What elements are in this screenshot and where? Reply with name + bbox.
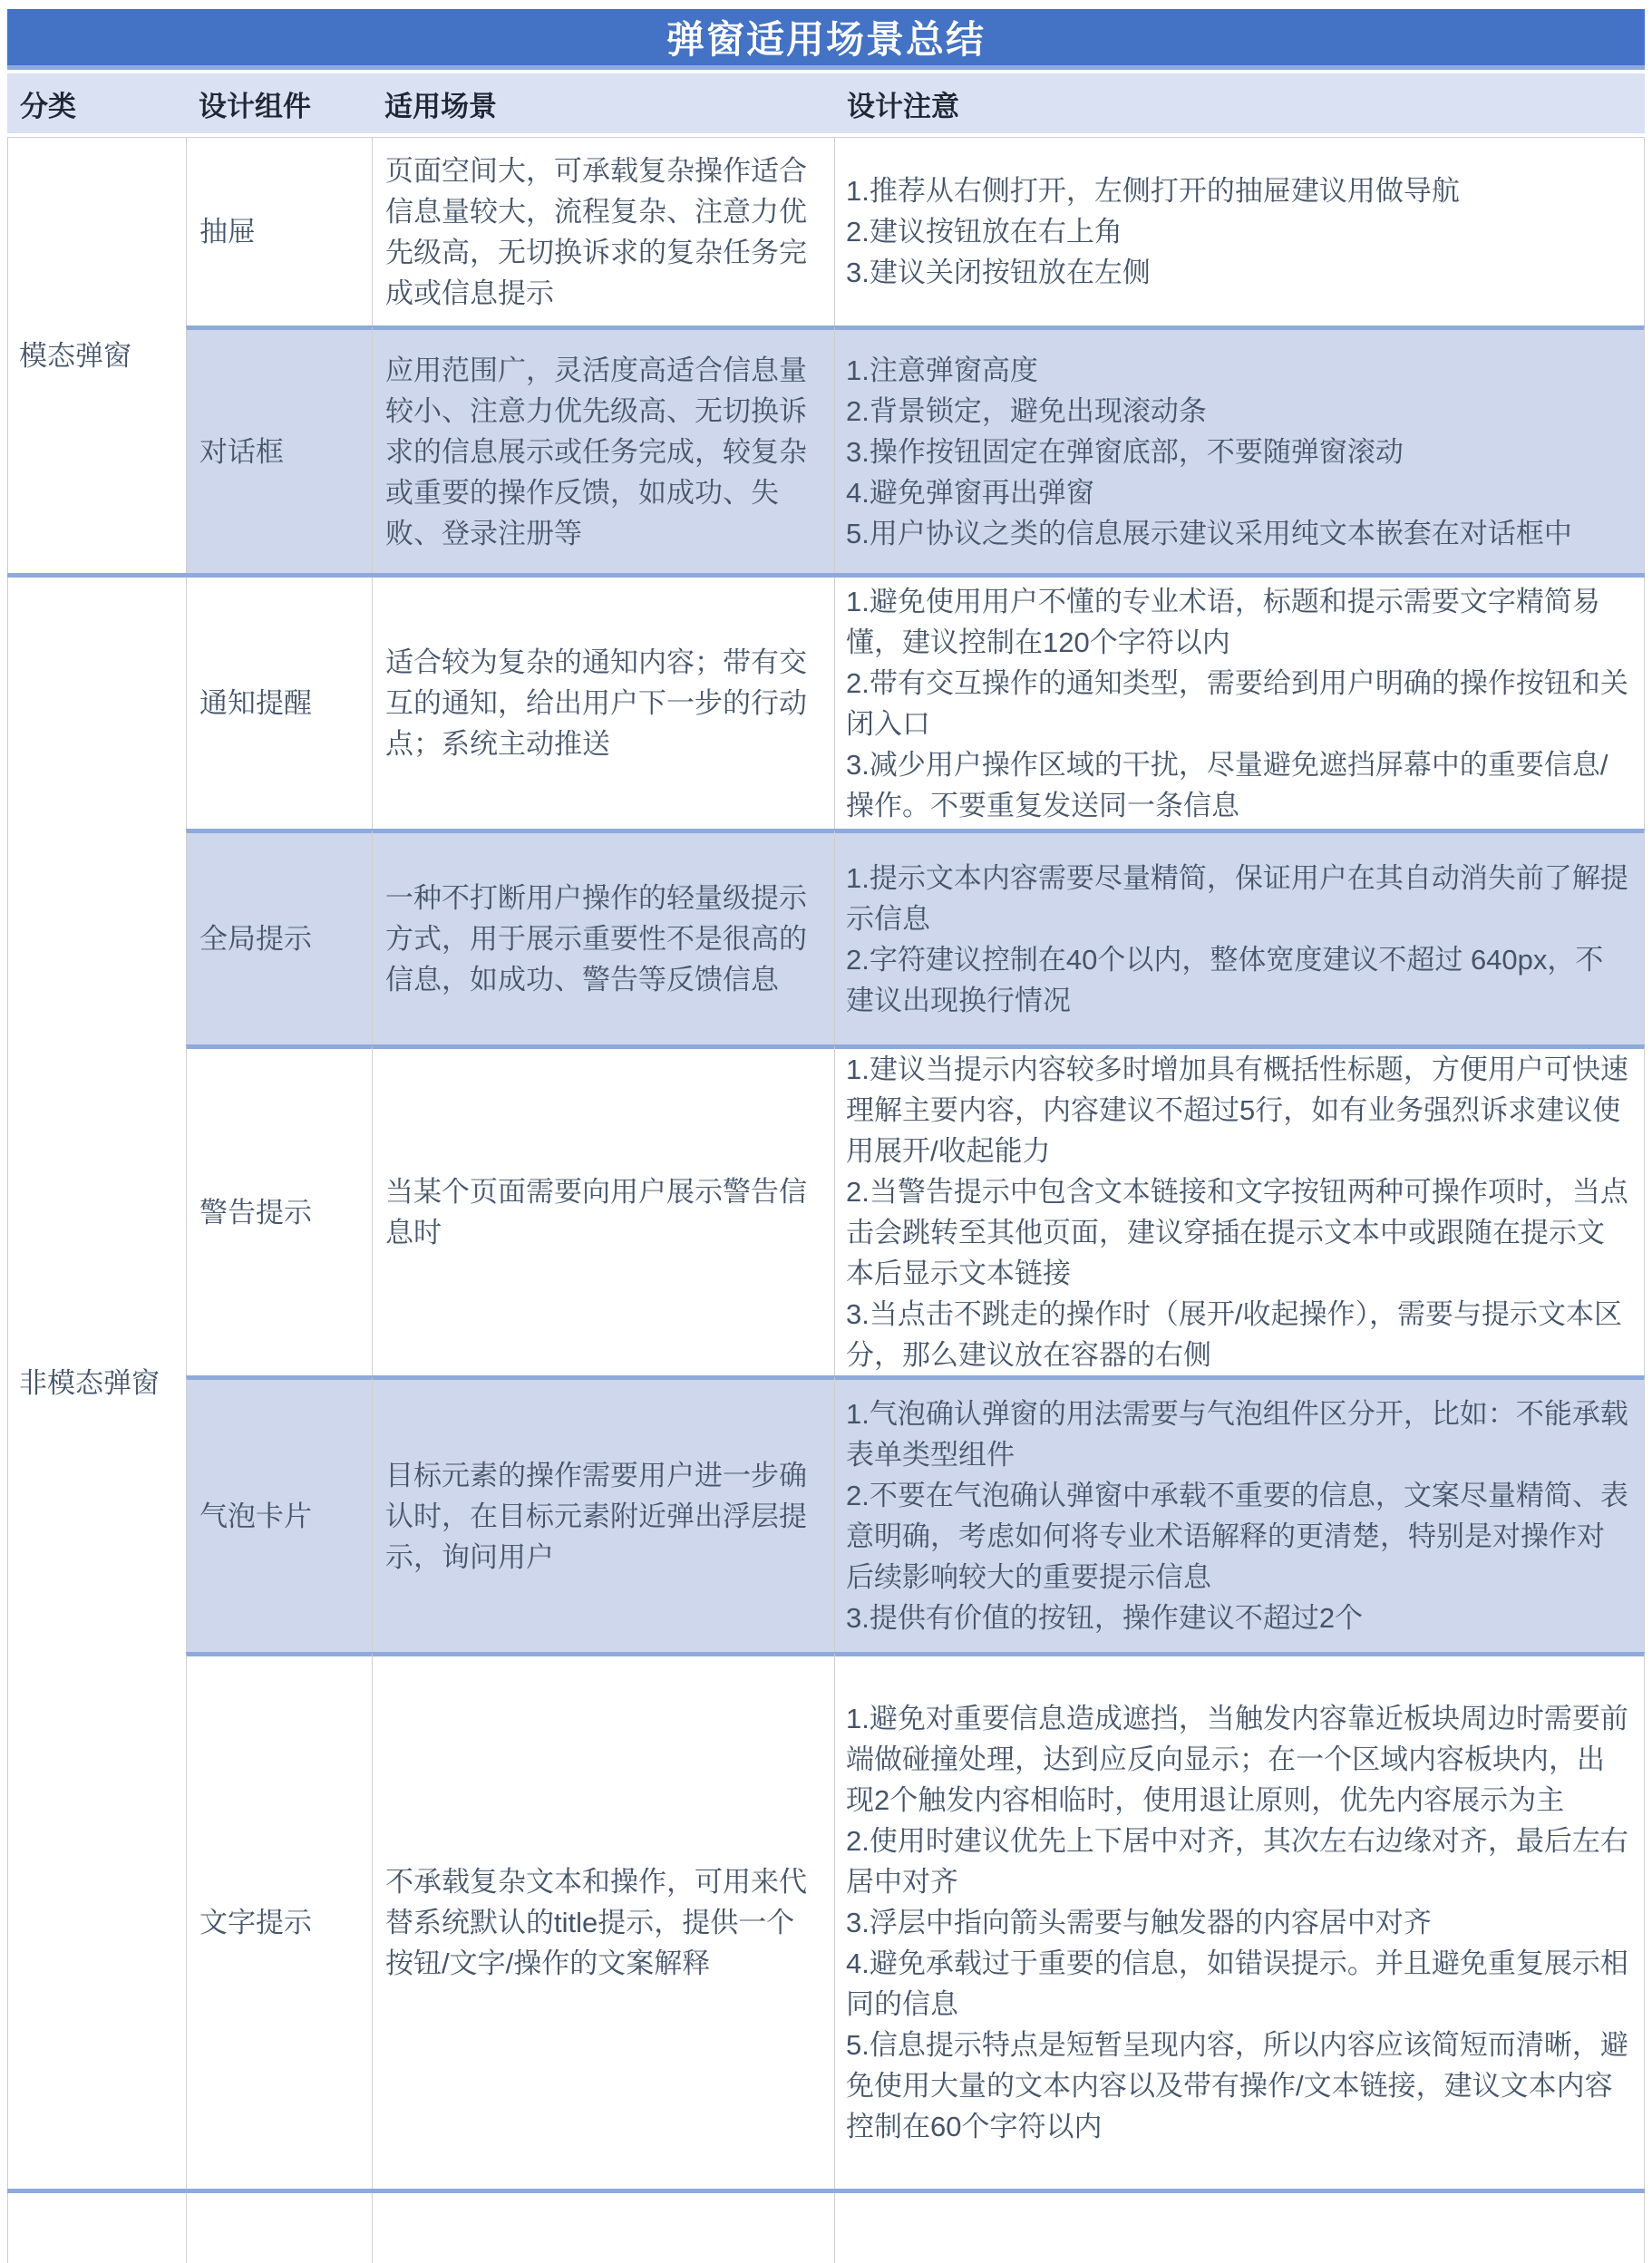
notes-cell-dialog: 1.注意弹窗高度 2.背景锁定，避免出现滚动条 3.操作按钮固定在弹窗底部，不要… [834,325,1645,573]
column-header-row: 分类 设计组件 适用场景 设计注意 [7,73,1645,133]
group-nonmodal: 非模态弹窗 通知提醒 适合较为复杂的通知内容；带有交互的通知，给出用户下一步的行… [7,573,1645,2189]
column-header-component: 设计组件 [186,83,372,124]
table-title-bar: 弹窗适用场景总结 [7,9,1645,65]
scenario-cell-alert: 当某个页面需要向用户展示警告信息时 [372,1044,834,1375]
title-underline [7,65,1645,70]
component-cell-alert: 警告提示 [186,1044,372,1375]
notes-cell-global-message: 1.提示文本内容需要尽量精简，保证用户在其自动消失前了解提示信息 2.字符建议控… [834,829,1645,1044]
page-title: 弹窗适用场景总结 [666,10,986,64]
scenario-cell-tooltip: 不承载复杂文本和操作，可用来代替系统默认的title提示，提供一个按钮/文字/操… [372,1652,834,2189]
component-cell-popconfirm: 气泡卡片 [186,1375,372,1652]
scenario-cell-notification: 适合较为复杂的通知内容；带有交互的通知，给出用户下一步的行动点；系统主动推送 [372,578,834,829]
component-cell-notification: 通知提醒 [186,578,372,829]
component-cell-global-message: 全局提示 [186,829,372,1044]
cutoff-cell-component [186,2193,372,2263]
scenario-cell-global-message: 一种不打断用户操作的轻量级提示方式，用于展示重要性不是很高的信息，如成功、警告等… [372,829,834,1044]
scenario-cell-drawer: 页面空间大，可承载复杂操作适合信息量较大，流程复杂、注意力优先级高，无切换诉求的… [372,138,834,325]
column-header-notes: 设计注意 [834,83,1645,124]
scenario-cell-dialog: 应用范围广，灵活度高适合信息量较小、注意力优先级高、无切换诉求的信息展示或任务完… [372,325,834,573]
component-cell-dialog: 对话框 [186,325,372,573]
column-header-category: 分类 [7,83,186,124]
scenario-cell-popconfirm: 目标元素的操作需要用户进一步确认时，在目标元素附近弹出浮层提示，询问用户 [372,1375,834,1652]
column-header-scenario: 适用场景 [372,83,834,124]
category-cell-modal: 模态弹窗 [7,138,186,573]
notes-cell-drawer: 1.推荐从右侧打开，左侧打开的抽屉建议用做导航 2.建议按钮放在右上角 3.建议… [834,138,1645,325]
component-cell-drawer: 抽屉 [186,138,372,325]
cutoff-cell-category [7,2193,186,2263]
component-cell-tooltip: 文字提示 [186,1652,372,2189]
cutoff-cell-scenario [372,2193,834,2263]
notes-cell-popconfirm: 1.气泡确认弹窗的用法需要与气泡组件区分开，比如：不能承载表单类型组件 2.不要… [834,1375,1645,1652]
cutoff-cell-notes [834,2193,1645,2263]
notes-cell-notification: 1.避免使用用户不懂的专业术语，标题和提示需要文字精简易懂，建议控制在120个字… [834,578,1645,829]
notes-cell-alert: 1.建议当提示内容较多时增加具有概括性标题，方便用户可快速理解主要内容，内容建议… [834,1044,1645,1375]
popup-usage-summary-page: 弹窗适用场景总结 分类 设计组件 适用场景 设计注意 模态弹窗 抽屉 页面空间大… [0,0,1652,2263]
group-modal: 模态弹窗 抽屉 页面空间大，可承载复杂操作适合信息量较大，流程复杂、注意力优先级… [7,137,1645,573]
cutoff-empty-row [7,2193,1645,2263]
notes-cell-tooltip: 1.避免对重要信息造成遮挡，当触发内容靠近板块周边时需要前端做碰撞处理，达到应反… [834,1652,1645,2189]
summary-table: 弹窗适用场景总结 分类 设计组件 适用场景 设计注意 模态弹窗 抽屉 页面空间大… [7,9,1645,2263]
category-cell-nonmodal: 非模态弹窗 [7,578,186,2189]
